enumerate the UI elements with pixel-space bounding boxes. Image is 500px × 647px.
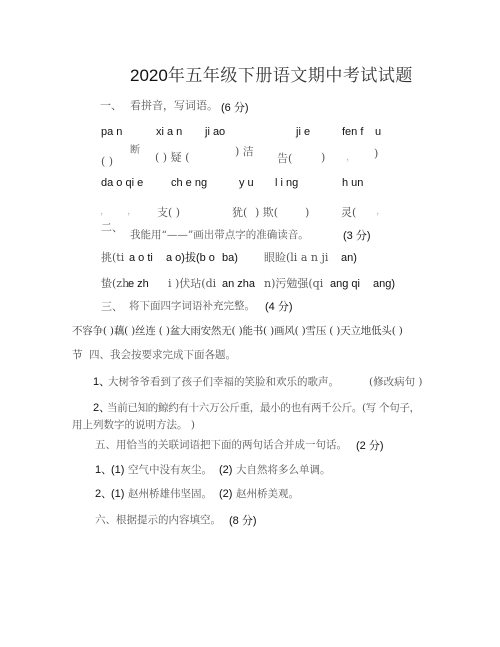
section-5-score: (2 分) — [356, 441, 384, 452]
question-5-2-number: 2、 — [95, 489, 112, 500]
reading-1b[interactable]: a o ti — [129, 253, 153, 264]
blank-3[interactable]: ) 洁 — [235, 146, 254, 157]
section-5-heading: 五、用恰当的关联词语把下面的两句话合并成一句话。 — [95, 440, 347, 451]
question-5-2-b-label: (2) — [219, 489, 232, 500]
reading-5b[interactable]: an zha — [222, 279, 255, 290]
pinyin-8: ch e ng — [171, 178, 207, 189]
question-4-2-text: 当前已知的鲸约有十六万公斤重，最小的也有两千公斤。(写 个句子， — [107, 403, 420, 414]
reading-4[interactable]: 蛰(zh — [101, 278, 129, 289]
section-1-heading: 看拼音，写词语。 — [130, 100, 218, 111]
pinyin-5: fen f — [342, 127, 363, 138]
section-2-number: 二、 — [101, 222, 123, 233]
pinyin-4: ji e — [296, 127, 310, 138]
section-4-heading: 四、我会按要求完成下面各题。 — [89, 350, 236, 361]
comma-mark: ， — [346, 153, 356, 163]
reading-1[interactable]: 挑(ti — [101, 252, 124, 263]
section-3-number: 三、 — [101, 301, 123, 312]
reading-5[interactable]: i )伏玷(di — [168, 278, 216, 289]
blank-4[interactable]: 告( — [277, 153, 292, 164]
pinyin-11: h un — [342, 178, 363, 189]
section-6-heading: 六、根据提示的内容填空。 — [95, 515, 221, 526]
pinyin-7: da o qi e — [101, 178, 143, 189]
question-5-2-a-label: (1) — [111, 489, 124, 500]
question-5-1-a-text: 空气中没有灰尘。 — [128, 465, 212, 476]
comma-mark-4: ， — [376, 207, 386, 217]
blank-7[interactable]: 犹( — [232, 207, 247, 218]
title-text: 年五年级下册语文期中考试试题 — [168, 66, 413, 86]
reading-6[interactable]: n)污勉强(qi — [264, 278, 323, 289]
comma-mark-3: ， — [127, 207, 137, 217]
reading-2b[interactable]: ba) — [222, 253, 238, 264]
blank-5-close: ) — [374, 148, 378, 159]
reading-2[interactable]: a o)拔(b o — [166, 253, 215, 264]
reading-3[interactable]: 眼睑(li a n ji — [264, 252, 328, 263]
reading-4b[interactable]: e zh — [128, 279, 149, 290]
blank-6[interactable]: 支( ) — [157, 207, 180, 218]
pinyin-1: pa n — [101, 127, 122, 138]
question-5-1-number: 1、 — [95, 465, 112, 476]
question-5-1-b-text: 大自然将多么单调。 — [236, 465, 331, 476]
section-3-score: (4 分) — [265, 302, 293, 313]
question-4-1-text: 大树爷爷看到了孩子们幸福的笑脸和欢乐的歌声。 — [108, 377, 339, 388]
idiom-fill-line[interactable]: 不容争( )藕( )丝连 ( )盆大雨安然无( )能书( )画风( )雪压 ( … — [72, 326, 403, 337]
question-5-1-b-label: (2) — [219, 465, 232, 476]
reading-6b[interactable]: ang qi — [330, 279, 360, 290]
section-3-heading: 将下面四字词语补充完整。 — [129, 301, 255, 312]
section-6-score: (8 分) — [229, 516, 257, 527]
char-duan: 断 — [130, 146, 140, 156]
blank-8[interactable]: ) 欺( — [255, 207, 278, 218]
blank-8-close: ) — [305, 207, 309, 218]
section-2-heading: 我能用“——”画出带点字的准确读音。 — [130, 230, 309, 241]
pinyin-3: ji ao — [205, 127, 225, 138]
pinyin-2: xi a n — [156, 127, 182, 138]
blank-9[interactable]: 灵( — [341, 207, 356, 218]
blank-4-close: ) — [321, 152, 325, 163]
question-5-2-b-text: 赵州桥美观。 — [236, 489, 299, 500]
pinyin-6: u — [375, 127, 381, 138]
pinyin-9: y u — [239, 178, 254, 189]
question-4-1-note: (修改病句 ) — [369, 377, 423, 388]
page-title: 2020年五年级下册语文期中考试试题 — [130, 67, 413, 85]
reading-6c[interactable]: ang) — [373, 279, 395, 290]
section-1-number: 一、 — [100, 100, 122, 111]
question-5-1-a-label: (1) — [111, 465, 124, 476]
idiom-fill-line-end: 节 — [72, 350, 83, 361]
section-1-score: (6 分) — [221, 103, 249, 114]
comma-mark-2: ， — [100, 207, 110, 217]
blank-1[interactable]: ( ) — [101, 156, 113, 167]
reading-3b[interactable]: an) — [341, 253, 357, 264]
title-year: 2020 — [130, 66, 168, 85]
blank-2[interactable]: ( ) 疑 ( — [155, 152, 189, 163]
section-2-score: (3 分) — [343, 231, 371, 242]
question-4-2-text-cont: 用上列数字的说明方法。 ) — [72, 420, 195, 431]
question-5-2-a-text: 赵州桥雄伟坚固。 — [128, 489, 212, 500]
pinyin-10: l i ng — [275, 178, 298, 189]
